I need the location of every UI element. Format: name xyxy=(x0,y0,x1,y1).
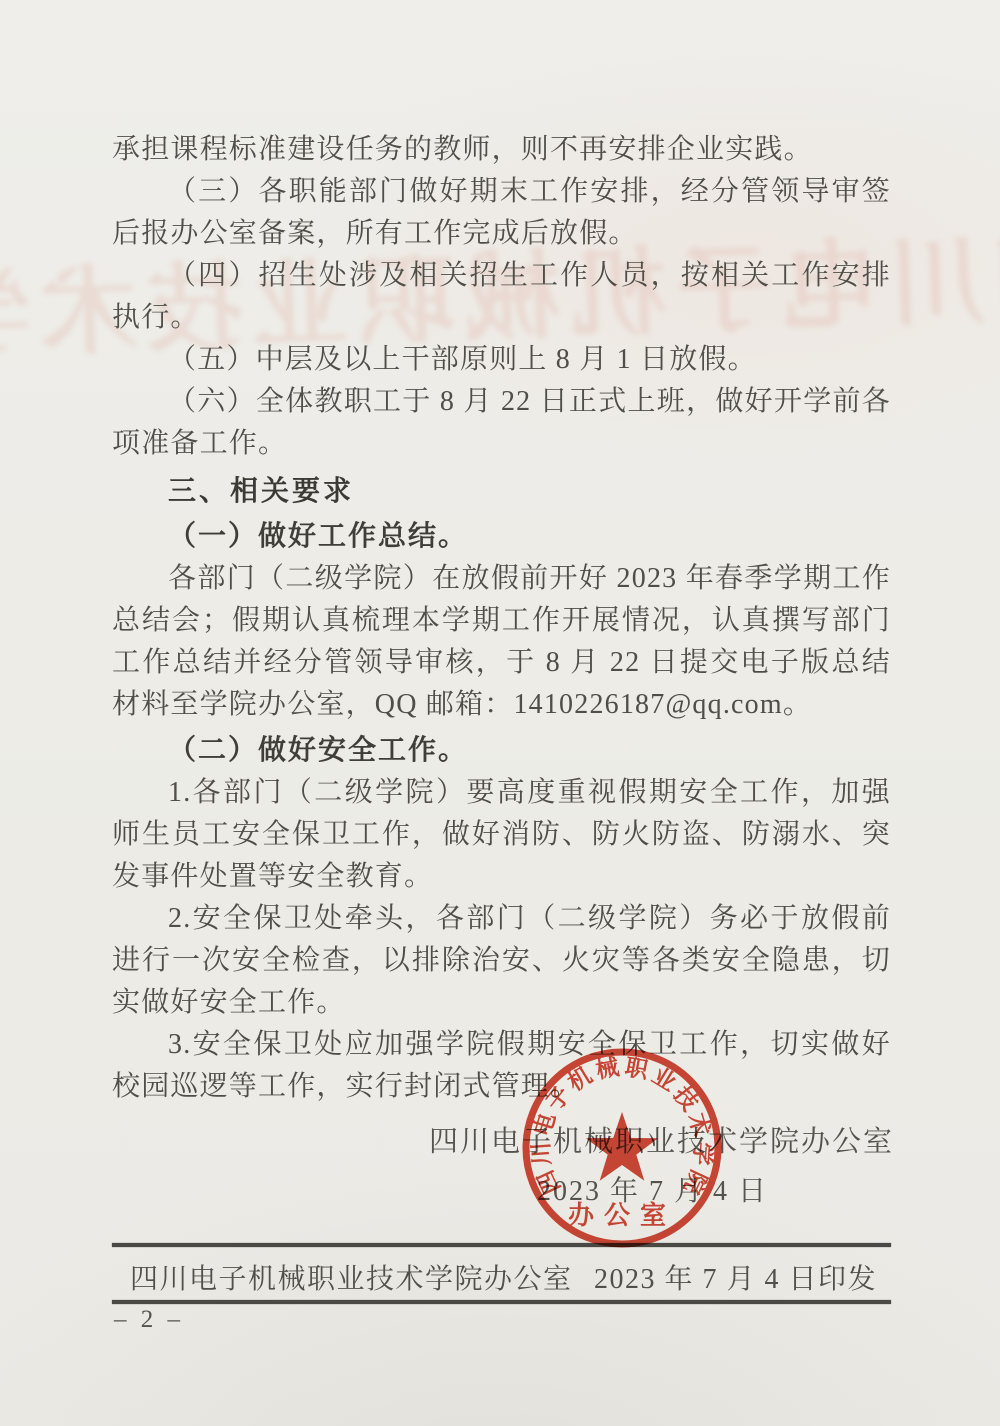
body-paragraph: 1.各部门（二级学院）要高度重视假期安全工作，加强师生员工安全保卫工作，做好消防… xyxy=(112,772,891,898)
document-body: 承担课程标准建设任务的教师，则不再安排企业实践。（三）各职能部门做好期末工作安排… xyxy=(112,129,891,1108)
footer-issuer: 四川电子机械职业技术学院办公室 xyxy=(130,1257,573,1297)
body-paragraph: （二）做好安全工作。 xyxy=(112,730,891,772)
body-paragraph: （六）全体教职工于 8 月 22 日正式上班，做好开学前各项准备工作。 xyxy=(112,381,891,465)
footer-rule-bottom xyxy=(112,1300,891,1304)
signature-date: 2023 年 7 月 4 日 xyxy=(537,1169,768,1209)
document-page: 四川电子机械职业技术学院 承担课程标准建设任务的教师，则不再安排企业实践。（三）… xyxy=(0,0,1000,1426)
footer-rule-top xyxy=(112,1243,891,1247)
body-paragraph: （五）中层及以上干部原则上 8 月 1 日放假。 xyxy=(112,339,891,381)
body-paragraph: （一）做好工作总结。 xyxy=(112,516,891,558)
body-paragraph: （四）招生处涉及相关招生工作人员，按相关工作安排执行。 xyxy=(112,255,891,339)
body-paragraph: 2.安全保卫处牵头，各部门（二级学院）务必于放假前进行一次安全检查，以排除治安、… xyxy=(112,898,891,1024)
body-paragraph: 各部门（二级学院）在放假前开好 2023 年春季学期工作总结会；假期认真梳理本学… xyxy=(112,558,891,726)
signature-org: 四川电子机械职业技术学院办公室 xyxy=(429,1119,894,1160)
footer-row: 四川电子机械职业技术学院办公室 2023 年 7 月 4 日印发 xyxy=(112,1257,891,1297)
footer-print-date: 2023 年 7 月 4 日印发 xyxy=(594,1257,877,1297)
body-paragraph: 三、相关要求 xyxy=(112,470,891,512)
body-paragraph: 3.安全保卫处应加强学院假期安全保卫工作，切实做好校园巡逻等工作，实行封闭式管理… xyxy=(112,1024,891,1108)
body-paragraph: （三）各职能部门做好期末工作安排，经分管领导审签后报办公室备案，所有工作完成后放… xyxy=(112,171,891,255)
body-paragraph: 承担课程标准建设任务的教师，则不再安排企业实践。 xyxy=(112,129,891,171)
page-number: – 2 – xyxy=(114,1306,184,1334)
